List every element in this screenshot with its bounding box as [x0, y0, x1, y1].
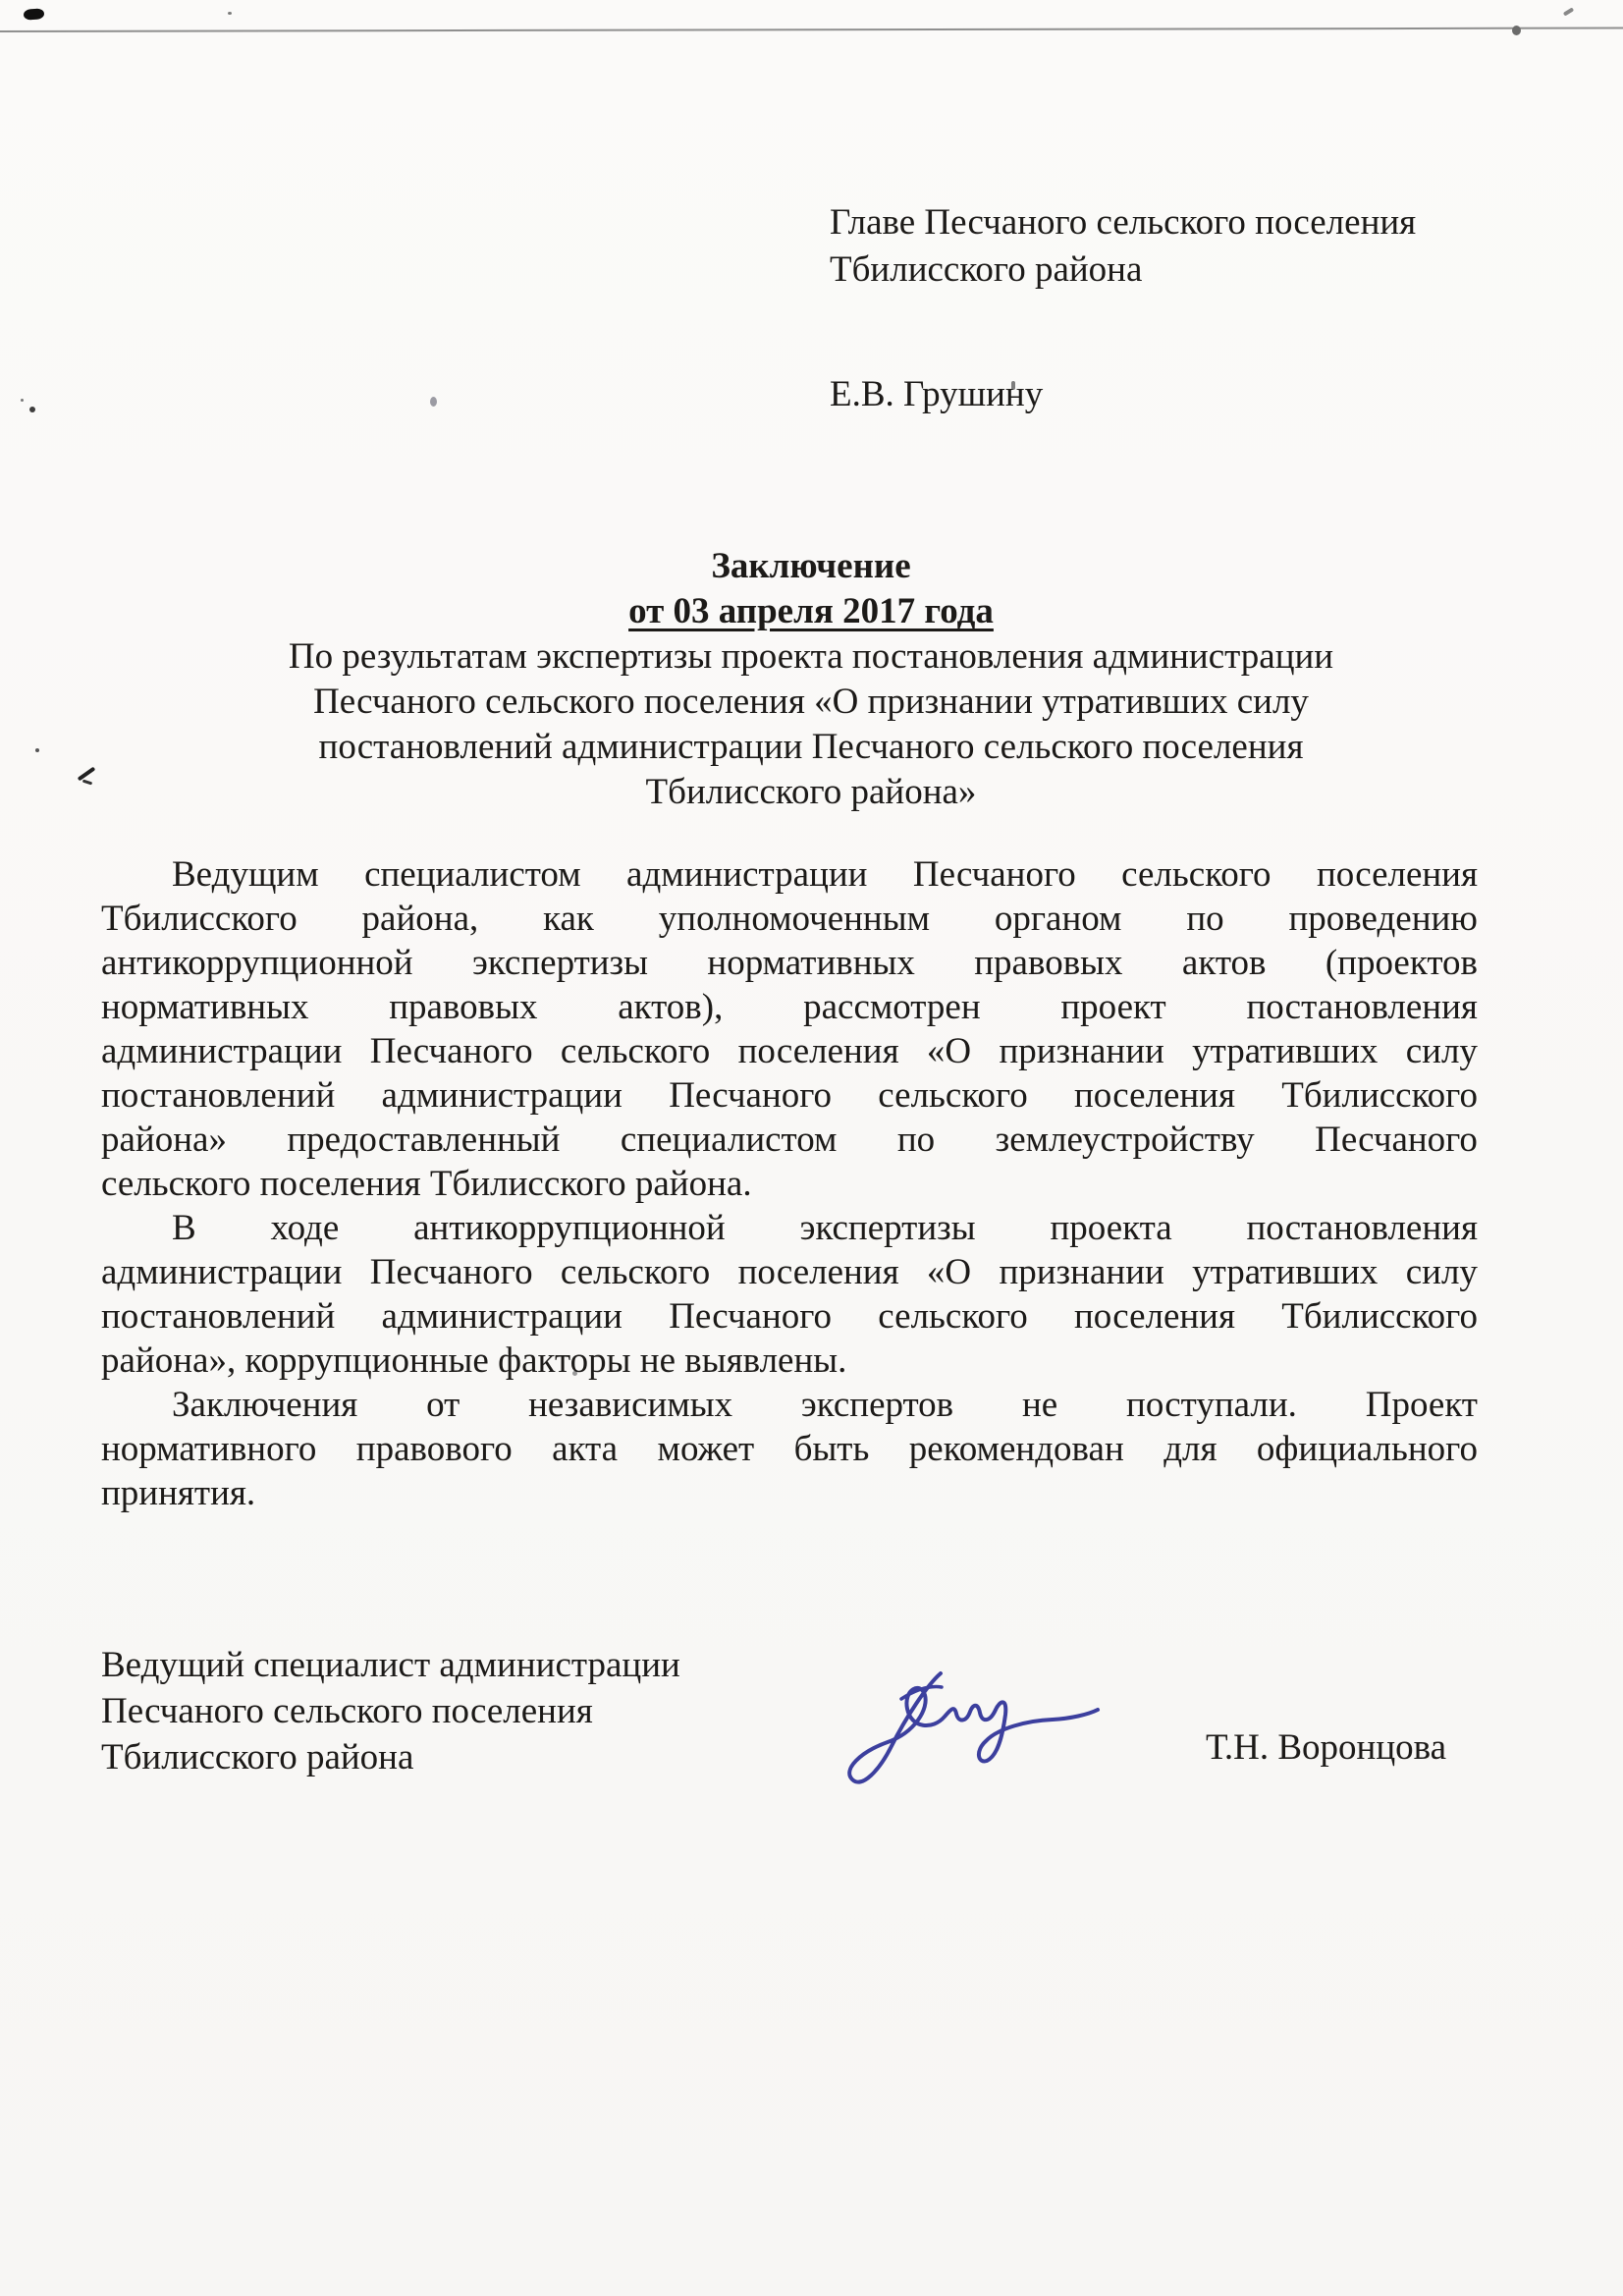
body-line: сельского поселения Тбилисского района. — [101, 1162, 1478, 1206]
body-line: администрацииПесчаногосельскогопоселения… — [101, 1250, 1478, 1294]
recipient-name: Е.В. Грушину — [830, 371, 1043, 418]
scanned-document-page: Главе Песчаного сельского поселения Тбил… — [0, 0, 1623, 2296]
signer-position-line: Тбилисского района — [101, 1734, 680, 1780]
subtitle-line: постановлений администрации Песчаного се… — [94, 725, 1528, 770]
recipient-line: Тбилисского района — [830, 246, 1416, 294]
body-line: антикоррупционнойэкспертизынормативныхпр… — [101, 941, 1478, 985]
body-line: района», коррупционные факторы не выявле… — [101, 1339, 1478, 1383]
scan-artifact — [228, 12, 232, 15]
body-line: Входеантикоррупционнойэкспертизыпроектап… — [101, 1206, 1478, 1250]
signer-position-line: Песчаного сельского поселения — [101, 1688, 680, 1734]
scan-artifact — [1512, 26, 1521, 35]
scan-artifact — [35, 748, 39, 752]
body-line: Тбилисскогорайона,какуполномоченныморган… — [101, 897, 1478, 941]
subtitle-line: Тбилисского района» — [94, 770, 1528, 815]
scan-artifact — [24, 8, 45, 20]
signer-position-line: Ведущий специалист администрации — [101, 1642, 680, 1688]
scan-artifact — [21, 399, 24, 402]
subtitle-line: По результатам экспертизы проекта постан… — [94, 634, 1528, 680]
recipient-block: Главе Песчаного сельского поселения Тбил… — [830, 199, 1416, 294]
body-line: администрацииПесчаногосельскогопоселения… — [101, 1029, 1478, 1073]
body-line: принятия. — [101, 1471, 1478, 1515]
handwritten-signature-ink — [840, 1658, 1115, 1805]
body-text: ВедущимспециалистомадминистрацииПесчаног… — [101, 852, 1478, 1515]
body-line: района»предоставленныйспециалистомпоземл… — [101, 1118, 1478, 1162]
body-line: постановленийадминистрацииПесчаногосельс… — [101, 1073, 1478, 1118]
signer-name: Т.Н. Воронцова — [1206, 1728, 1446, 1768]
title-block: Заключение от 03 апреля 2017 года По рез… — [94, 544, 1528, 815]
body-line: Заключенияотнезависимыхэкспертовнепоступ… — [101, 1383, 1478, 1427]
body-line: нормативныхправовыхактов),рассмотренпрое… — [101, 985, 1478, 1029]
signer-position-block: Ведущий специалист администрации Песчано… — [101, 1642, 680, 1780]
document-date-line: от 03 апреля 2017 года — [94, 589, 1528, 634]
subtitle-line: Песчаного сельского поселения «О признан… — [94, 680, 1528, 725]
scan-edge-line — [0, 27, 1623, 32]
scan-artifact — [1563, 7, 1574, 16]
scan-artifact — [29, 407, 35, 412]
recipient-line: Главе Песчаного сельского поселения — [830, 199, 1416, 246]
body-line: постановленийадминистрацииПесчаногосельс… — [101, 1294, 1478, 1339]
scan-artifact — [82, 780, 92, 786]
body-line: ВедущимспециалистомадминистрацииПесчаног… — [101, 852, 1478, 897]
body-line: нормативногоправовогоактаможетбытьрекоме… — [101, 1427, 1478, 1471]
document-title: Заключение — [94, 544, 1528, 589]
scan-artifact — [430, 397, 437, 407]
scan-artifact — [78, 767, 96, 782]
